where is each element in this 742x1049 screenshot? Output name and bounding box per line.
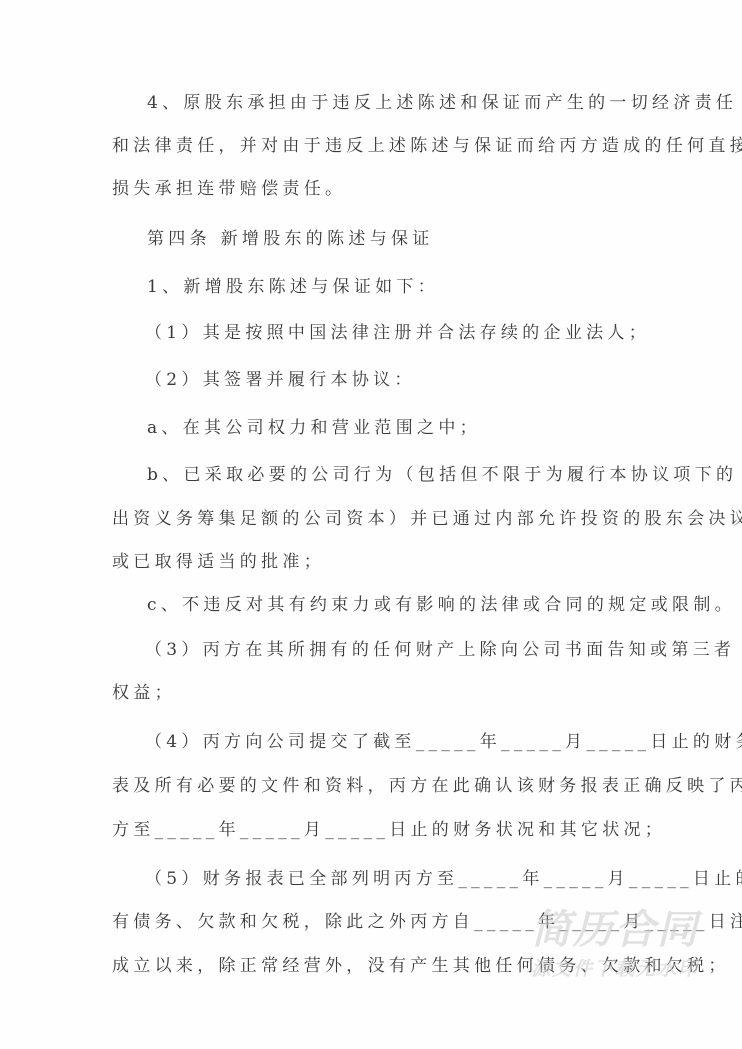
a4-item1: 1、新增股东陈述与保证如下： <box>147 276 439 298</box>
article4-title: 第四条 新增股东的陈述与保证 <box>147 228 434 250</box>
a4-item1-5-line2: 有债务、欠款和欠税，除此之外丙方自_____年_____月_____日注册 <box>112 911 742 933</box>
p4-line1: 4、原股东承担由于违反上述陈述和保证而产生的一切经济责任 <box>147 92 737 114</box>
a4-item-b-line1: b、已采取必要的公司行为（包括但不限于为履行本协议项下的 <box>147 464 737 486</box>
a4-item-c: c、不违反对其有约束力或有影响的法律或合同的规定或限制。 <box>147 594 736 616</box>
a4-item1-5-line3: 成立以来，除正常经营外，没有产生其他任何债务、欠款和欠税； <box>112 955 730 977</box>
a4-item1-5-line1: （5）财务报表已全部列明丙方至_____年_____月_____日止的所 <box>145 868 742 890</box>
a4-item1-4-line2: 表及所有必要的文件和资料，丙方在此确认该财务报表正确反映了丙 <box>112 775 742 797</box>
a4-item1-3-line2: 权益； <box>112 682 176 704</box>
p4-line3: 损失承担连带赔偿责任。 <box>112 178 346 200</box>
a4-item1-4-line1: （4）丙方向公司提交了截至_____年_____月_____日止的财务报 <box>145 731 742 753</box>
a4-item1-3-line1: （3）丙方在其所拥有的任何财产上除向公司书面告知或第三者 <box>145 639 735 661</box>
a4-item1-2: （2）其签署并履行本协议： <box>145 369 416 391</box>
a4-item-b-line2: 出资义务筹集足额的公司资本）并已通过内部允许投资的股东会决议 <box>112 508 742 530</box>
document-page: 4、原股东承担由于违反上述陈述和保证而产生的一切经济责任 和法律责任，并对由于违… <box>0 0 742 1049</box>
p4-line2: 和法律责任，并对由于违反上述陈述与保证而给丙方造成的任何直接 <box>112 135 742 157</box>
a4-item1-1: （1）其是按照中国法律注册并合法存续的企业法人； <box>145 322 650 344</box>
a4-item1-4-line3: 方至_____年_____月_____日止的财务状况和其它状况； <box>112 819 666 841</box>
a4-item-a: a、在其公司权力和营业范围之中； <box>147 417 481 439</box>
a4-item-b-line3: 或已取得适当的批准； <box>112 551 325 573</box>
